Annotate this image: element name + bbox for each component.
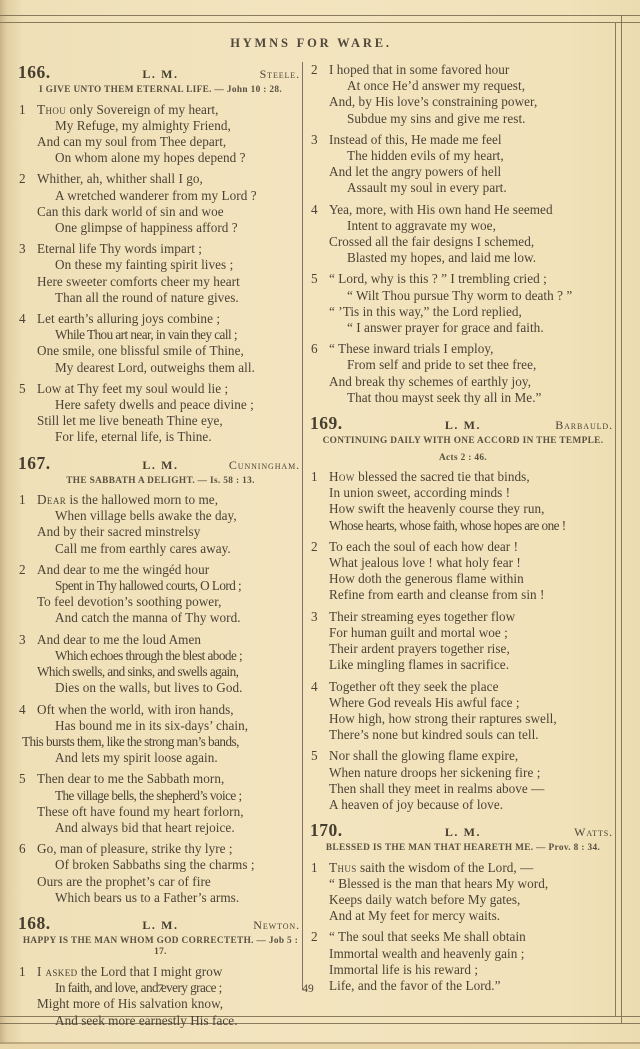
hymn-scripture-motto: HAPPY IS THE MAN WHOM GOD CORRECTETH. — …	[18, 936, 303, 959]
stanza: 4Yea, more, with His own hand He seemedI…	[310, 202, 616, 267]
verse-line: At once He’d answer my request,	[347, 78, 616, 94]
verse-line: Life, and the favor of the Lord.”	[329, 978, 616, 994]
verse-line: Their streaming eyes together flow	[329, 609, 616, 625]
hymn-scripture-motto: Acts 2 : 46.	[310, 453, 616, 465]
verse-line: Whither, ah, whither shall I go,	[37, 171, 303, 187]
stanza: 4Together oft they seek the placeWhere G…	[310, 679, 616, 744]
small-caps-lead: How	[329, 469, 355, 484]
stanza: 1I asked the Lord that I might growIn fa…	[18, 964, 303, 1029]
verse-line: And dear to me the loud Amen	[37, 632, 303, 648]
hymn-scripture-motto: I GIVE UNTO THEM ETERNAL LIFE. — John 10…	[18, 85, 303, 97]
verse-line: “ Lord, why is this ? ” I trembling crie…	[329, 271, 616, 287]
verse-line: “ The soul that seeks Me shall obtain	[329, 929, 616, 945]
verse-line: Let earth’s alluring joys combine ;	[37, 311, 303, 327]
verse-number: 3	[311, 132, 318, 148]
verse-line: A heaven of joy because of love.	[329, 797, 616, 813]
verse-number: 6	[19, 841, 26, 857]
verse-line: And can my soul from Thee depart,	[37, 134, 303, 150]
stanza: 5“ Lord, why is this ? ” I trembling cri…	[310, 271, 616, 336]
stanza: 2Whither, ah, whither shall I go,A wretc…	[18, 171, 303, 236]
verse-number: 5	[311, 748, 318, 764]
verse-number: 3	[19, 241, 26, 257]
verse-line: Spent in Thy hallowed courts, O Lord ;	[55, 578, 303, 594]
verse-line: How doth the generous flame within	[329, 571, 616, 587]
verse-line: Which bears us to a Father’s arms.	[55, 890, 303, 906]
verse-line: Together oft they seek the place	[329, 679, 616, 695]
page-edge-line	[0, 1042, 640, 1044]
verse-line: “ Blessed is the man that hears My word,	[329, 876, 616, 892]
verse-line: Subdue my sins and give me rest.	[347, 111, 616, 127]
verse-line: The hidden evils of my heart,	[347, 148, 616, 164]
hymn-scripture-motto: CONTINUING DAILY WITH ONE ACCORD IN THE …	[310, 436, 616, 448]
verse-line: My dearest Lord, outweighs them all.	[55, 360, 303, 376]
verse-line: Thus saith the wisdom of the Lord, —	[329, 860, 616, 876]
hymn-heading: 168.L. M.Newton.	[18, 914, 303, 935]
page-border-top-outer	[0, 15, 640, 16]
page-number: 49	[290, 983, 326, 995]
verse-line: Still let me live beneath Thine eye,	[37, 413, 303, 429]
verse-number: 1	[19, 964, 26, 980]
verse-number: 2	[311, 929, 318, 945]
verse-number: 2	[311, 62, 318, 78]
verse-number: 5	[19, 771, 26, 787]
verse-line: Immortal life is his reward ;	[329, 962, 616, 978]
stanza: 4Oft when the world, with iron hands,Has…	[18, 702, 303, 767]
verse-line: And at My feet for mercy waits.	[329, 908, 616, 924]
verse-line: “ ’Tis in this way,” the Lord replied,	[329, 304, 616, 320]
verse-line: Which echoes through the blest abode ;	[55, 648, 303, 664]
stanza: 3Eternal life Thy words impart ;On these…	[18, 241, 303, 306]
verse-number: 4	[19, 702, 26, 718]
small-caps-lead: Thus	[329, 860, 357, 875]
verse-line: Which swells, and sinks, and swells agai…	[37, 664, 303, 680]
verse-number: 1	[311, 860, 318, 876]
verse-number: 1	[19, 492, 26, 508]
verse-line: And let the angry powers of hell	[329, 164, 616, 180]
verse-line: Then shall they meet in realms above —	[329, 781, 616, 797]
verse-line: I asked the Lord that I might grow	[37, 964, 303, 980]
left-column: 166.L. M.Steele.I GIVE UNTO THEM ETERNAL…	[18, 62, 303, 1034]
verse-line: Dear is the hallowed morn to me,	[37, 492, 303, 508]
stanza: 1Thou only Sovereign of my heart,My Refu…	[18, 102, 303, 167]
verse-line: Can this dark world of sin and woe	[37, 204, 303, 220]
verse-number: 4	[311, 679, 318, 695]
verse-line: That thou mayst seek thy all in Me.”	[347, 390, 616, 406]
verse-line: Dies on the walls, but lives to God.	[55, 680, 303, 696]
running-header: HYMNS FOR WARE.	[0, 36, 622, 51]
printer-signature-number: 7	[18, 981, 303, 996]
verse-line: Blasted my hopes, and laid me low.	[347, 250, 616, 266]
small-caps-lead: Thou	[37, 102, 66, 117]
verse-line: Like mingling flames in sacrifice.	[329, 657, 616, 673]
stanza: 5Nor shall the glowing flame expire,When…	[310, 748, 616, 813]
verse-line: And break thy schemes of earthly joy,	[329, 374, 616, 390]
verse-line: “ These inward trials I employ,	[329, 341, 616, 357]
verse-line: For life, eternal life, is Thine.	[55, 429, 303, 445]
verse-line: Their ardent prayers together rise,	[329, 641, 616, 657]
verse-line: When village bells awake the day,	[55, 508, 303, 524]
verse-line: My Refuge, my almighty Friend,	[55, 118, 303, 134]
verse-line: Thou only Sovereign of my heart,	[37, 102, 303, 118]
verse-line: I hoped that in some favored hour	[329, 62, 616, 78]
stanza: 5Then dear to me the Sabbath morn,The vi…	[18, 771, 303, 836]
verse-line: There’s none but kindred souls can tell.	[329, 727, 616, 743]
verse-line: Low at Thy feet my soul would lie ;	[37, 381, 303, 397]
stanza: 1Dear is the hallowed morn to me,When vi…	[18, 492, 303, 557]
verse-line: Where God reveals His awful face ;	[329, 695, 616, 711]
hymn-heading: 166.L. M.Steele.	[18, 63, 303, 84]
verse-number: 2	[311, 539, 318, 555]
page-border-right-outer	[621, 15, 622, 1024]
verse-line: “ I answer prayer for grace and faith.	[347, 320, 616, 336]
page-edge-shadow	[0, 1044, 640, 1049]
stanza: 2To each the soul of each how dear !What…	[310, 539, 616, 604]
hymn-heading: 170.L. M.Watts.	[310, 821, 616, 842]
stanza: 3Their streaming eyes together flowFor h…	[310, 609, 616, 674]
verse-line: Crossed all the fair designs I schemed,	[329, 234, 616, 250]
hymn-scripture-motto: THE SABBATH A DELIGHT. — Is. 58 : 13.	[18, 476, 303, 488]
verse-line: Here sweeter comforts cheer my heart	[37, 274, 303, 290]
verse-number: 2	[19, 562, 26, 578]
verse-number: 6	[311, 341, 318, 357]
stanza: 2“ The soul that seeks Me shall obtainIm…	[310, 929, 616, 994]
stanza: 2I hoped that in some favored hourAt onc…	[310, 62, 616, 127]
verse-line: To each the soul of each how dear !	[329, 539, 616, 555]
verse-line: Immortal wealth and heavenly gain ;	[329, 946, 616, 962]
hymn-author: Barbauld.	[555, 418, 613, 433]
verse-line: While Thou art near, in vain they call ;	[55, 327, 303, 343]
verse-line: The village bells, the shepherd’s voice …	[55, 788, 303, 804]
verse-number: 4	[19, 311, 26, 327]
verse-line: On these my fainting spirit lives ;	[55, 257, 303, 273]
verse-line: Instead of this, He made me feel	[329, 132, 616, 148]
verse-line: How blessed the sacred tie that binds,	[329, 469, 616, 485]
verse-number: 3	[19, 632, 26, 648]
verse-line: Yea, more, with His own hand He seemed	[329, 202, 616, 218]
verse-line: Then dear to me the Sabbath morn,	[37, 771, 303, 787]
right-column: 2I hoped that in some favored hourAt onc…	[310, 62, 616, 999]
small-caps-lead: I asked	[37, 964, 78, 979]
verse-line: Has bound me in its six-days’ chain,	[55, 718, 303, 734]
verse-line: Than all the round of nature gives.	[55, 290, 303, 306]
verse-line: Go, man of pleasure, strike thy lyre ;	[37, 841, 303, 857]
page-border-top-inner	[0, 22, 640, 23]
hymn-meter: L. M.	[310, 825, 616, 840]
verse-line: And lets my spirit loose again.	[55, 750, 303, 766]
stanza: 4Let earth’s alluring joys combine ;Whil…	[18, 311, 303, 376]
verse-line: One glimpse of happiness afford ?	[55, 220, 303, 236]
verse-line: And always bid that heart rejoice.	[55, 820, 303, 836]
verse-number: 3	[311, 609, 318, 625]
stanza: 3And dear to me the loud AmenWhich echoe…	[18, 632, 303, 697]
verse-line: A wretched wanderer from my Lord ?	[55, 188, 303, 204]
small-caps-lead: Dear	[37, 492, 66, 507]
verse-line: On whom alone my hopes depend ?	[55, 150, 303, 166]
verse-line: Here safety dwells and peace divine ;	[55, 397, 303, 413]
verse-line: “ Wilt Thou pursue Thy worm to death ? ”	[347, 288, 616, 304]
hymn-author: Newton.	[253, 918, 300, 933]
verse-number: 1	[19, 102, 26, 118]
verse-line: Eternal life Thy words impart ;	[37, 241, 303, 257]
verse-line: When nature droops her sickening fire ;	[329, 765, 616, 781]
stanza: 2And dear to me the wingéd hourSpent in …	[18, 562, 303, 627]
verse-line: In union sweet, according minds !	[329, 485, 616, 501]
verse-number: 4	[311, 202, 318, 218]
verse-line: And dear to me the wingéd hour	[37, 562, 303, 578]
verse-line: Of broken Sabbaths sing the charms ;	[55, 857, 303, 873]
hymn-author: Steele.	[260, 67, 300, 82]
verse-line: One smile, one blissful smile of Thine,	[37, 343, 303, 359]
verse-line: Assault my soul in every part.	[347, 180, 616, 196]
verse-line: This bursts them, like the strong man’s …	[22, 734, 303, 750]
verse-line: To feel devotion’s soothing power,	[37, 594, 303, 610]
verse-line: Whose hearts, whose faith, whose hopes a…	[329, 518, 616, 534]
stanza: 1How blessed the sacred tie that binds,I…	[310, 469, 616, 534]
stanza: 3Instead of this, He made me feelThe hid…	[310, 132, 616, 197]
stanza: 6Go, man of pleasure, strike thy lyre ;O…	[18, 841, 303, 906]
verse-number: 5	[19, 381, 26, 397]
verse-line: Keeps daily watch before My gates,	[329, 892, 616, 908]
hymn-heading: 169.L. M.Barbauld.	[310, 414, 616, 435]
verse-number: 5	[311, 271, 318, 287]
verse-number: 1	[311, 469, 318, 485]
hymn-scripture-motto: BLESSED IS THE MAN THAT HEARETH ME. — Pr…	[310, 843, 616, 855]
verse-line: And seek more earnestly His face.	[55, 1013, 303, 1029]
verse-line: Intent to aggravate my woe,	[347, 218, 616, 234]
verse-line: What jealous love ! what holy fear !	[329, 555, 616, 571]
verse-line: And by their sacred minstrelsy	[37, 524, 303, 540]
verse-line: Refine from earth and cleanse from sin !	[329, 587, 616, 603]
hymn-author: Watts.	[574, 825, 613, 840]
verse-line: For human guilt and mortal woe ;	[329, 625, 616, 641]
stanza: 5Low at Thy feet my soul would lie ;Here…	[18, 381, 303, 446]
verse-line: Oft when the world, with iron hands,	[37, 702, 303, 718]
verse-line: And, by His love’s constraining power,	[329, 94, 616, 110]
stanza: 1Thus saith the wisdom of the Lord, —“ B…	[310, 860, 616, 925]
verse-number: 2	[19, 171, 26, 187]
hymn-heading: 167.L. M.Cunningham.	[18, 454, 303, 475]
verse-line: Might more of His salvation know,	[37, 996, 303, 1012]
verse-line: Ours are the prophet’s car of fire	[37, 874, 303, 890]
hymnal-page-scan: HYMNS FOR WARE. 166.L. M.Steele.I GIVE U…	[0, 0, 640, 1049]
hymn-author: Cunningham.	[229, 458, 300, 473]
verse-line: Call me from earthly cares away.	[55, 541, 303, 557]
verse-line: Nor shall the glowing flame expire,	[329, 748, 616, 764]
verse-line: And catch the manna of Thy word.	[55, 610, 303, 626]
verse-line: How swift the heavenly course they run,	[329, 501, 616, 517]
verse-line: How high, how strong their raptures swel…	[329, 711, 616, 727]
verse-line: These oft have found my heart forlorn,	[37, 804, 303, 820]
stanza: 6“ These inward trials I employ,From sel…	[310, 341, 616, 406]
verse-line: From self and pride to set thee free,	[347, 357, 616, 373]
